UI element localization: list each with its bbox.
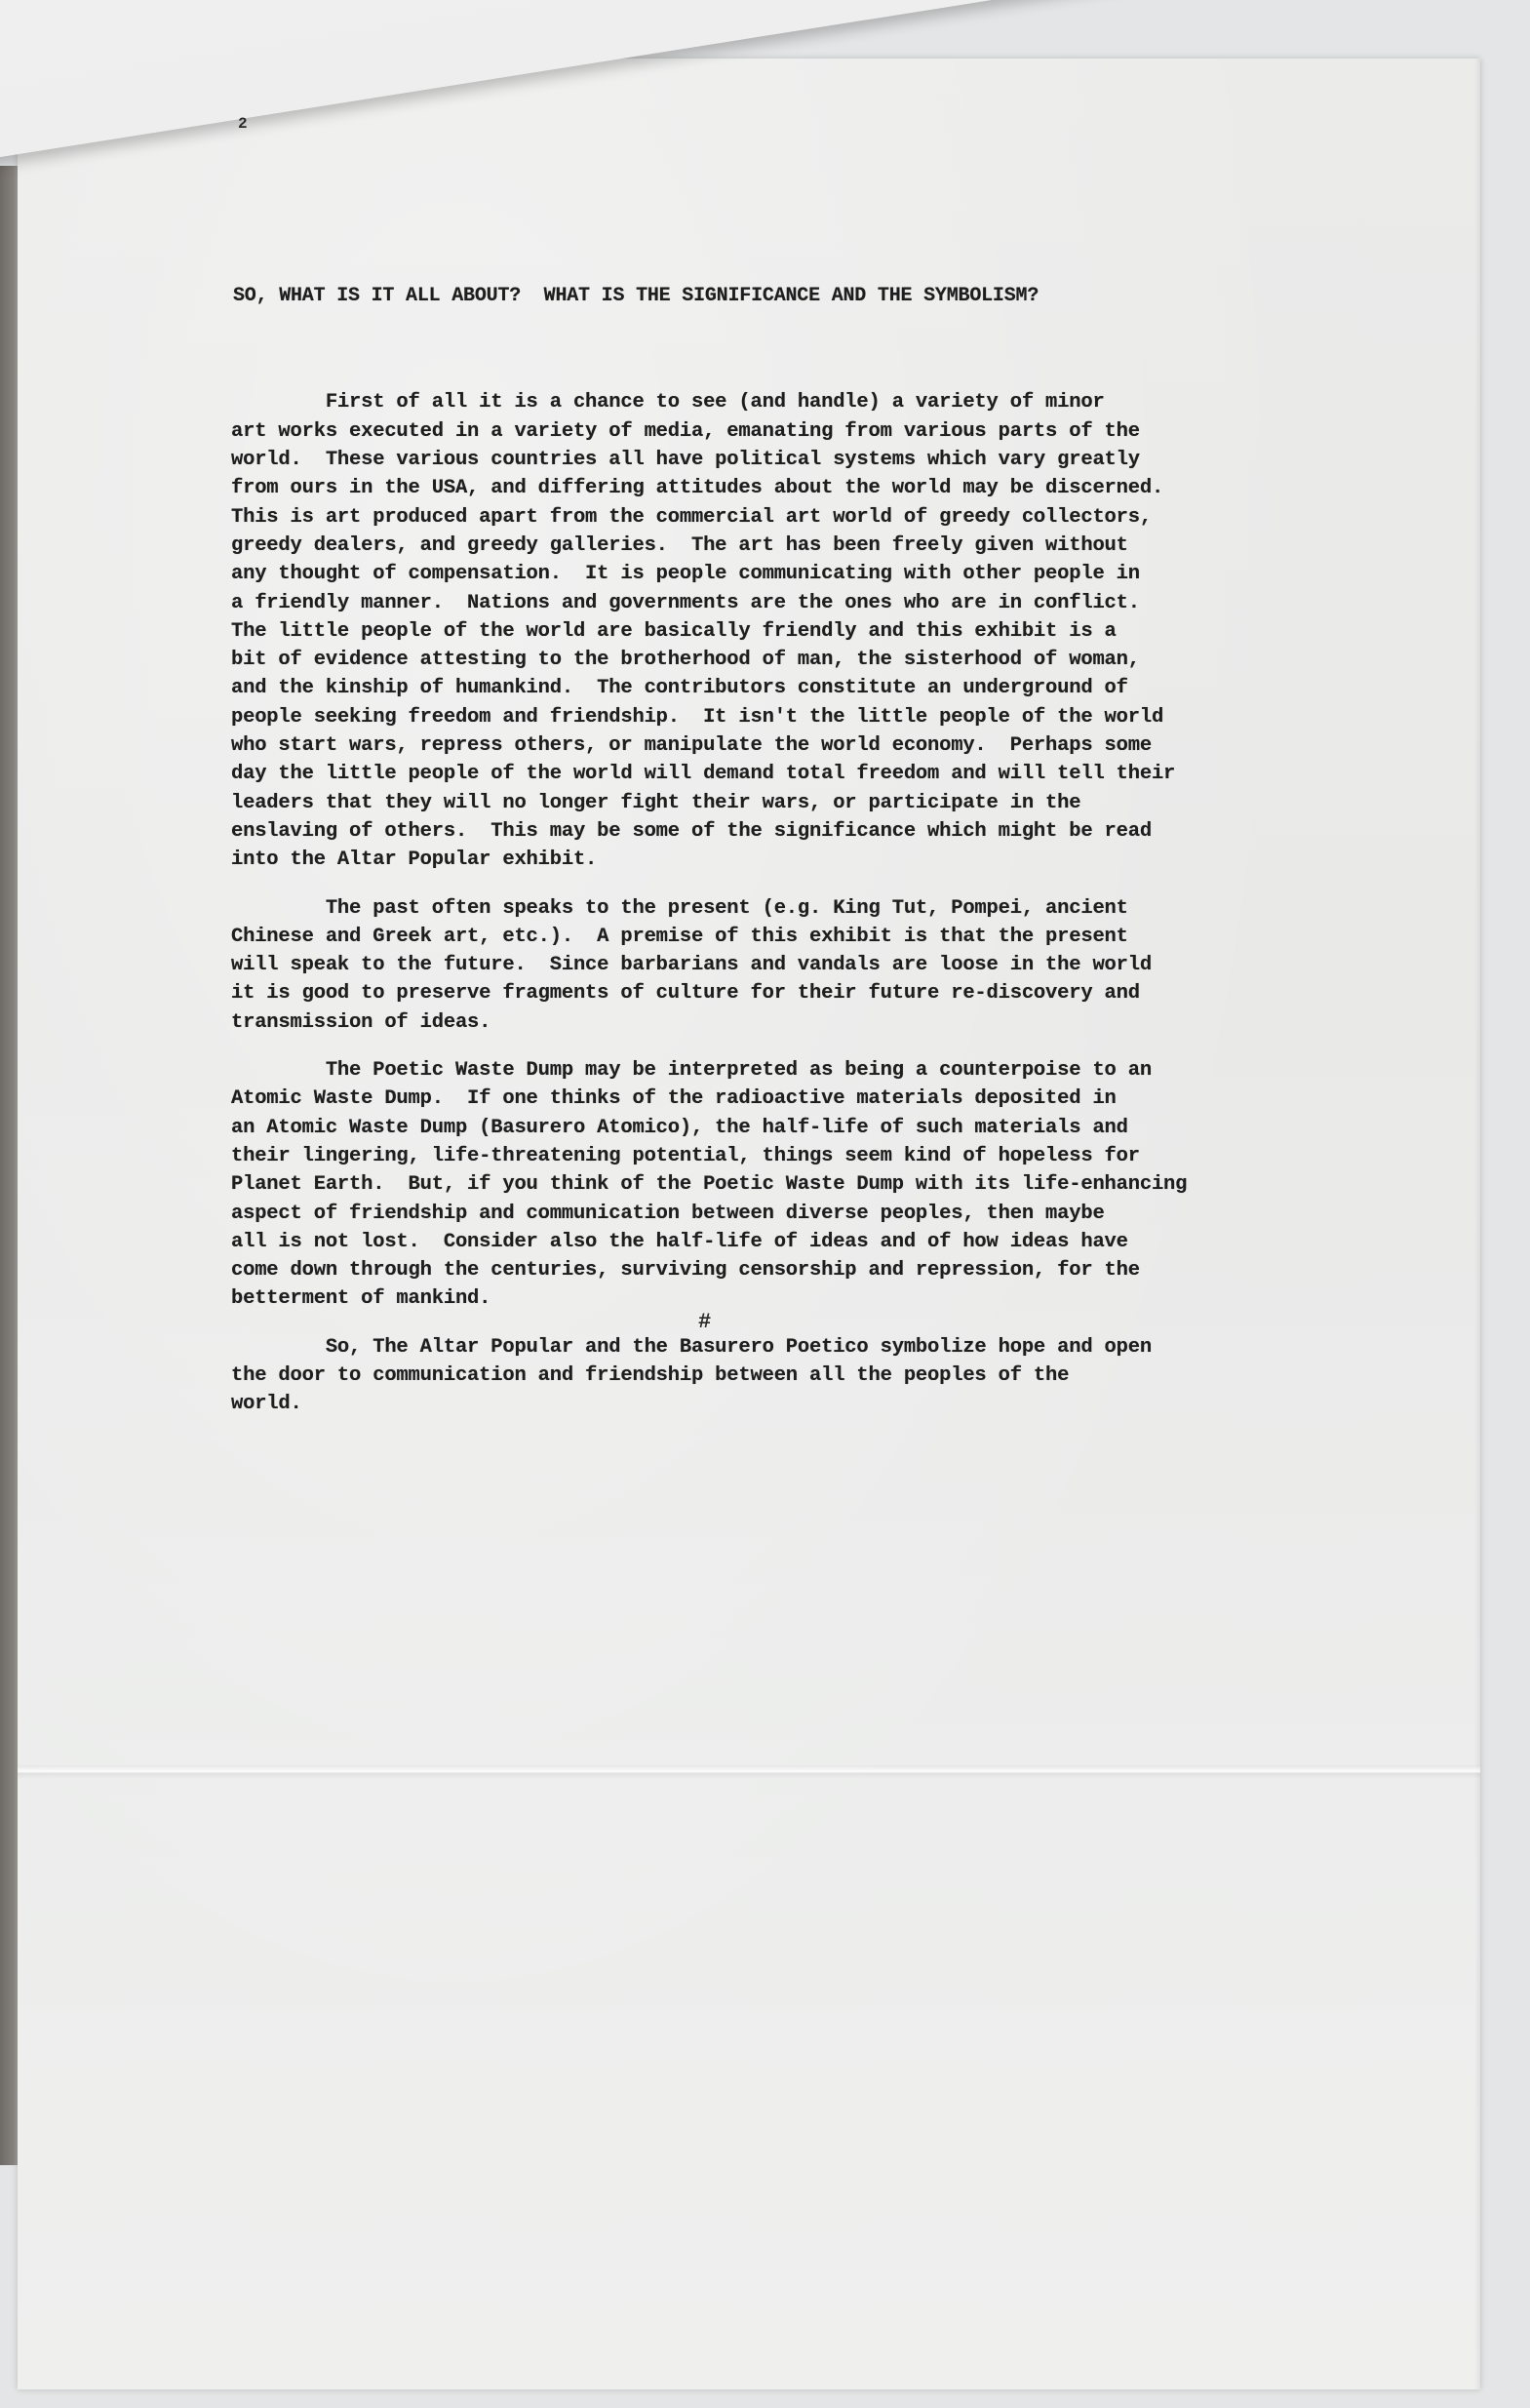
text-line: So, The Altar Popular and the Basurero P… — [231, 1333, 1431, 1362]
text-line: and the kinship of humankind. The contri… — [231, 674, 1431, 702]
text-line: a friendly manner. Nations and governmen… — [231, 589, 1431, 617]
text-line: Planet Earth. But, if you think of the P… — [231, 1170, 1431, 1199]
text-line: world. — [231, 1390, 1431, 1418]
text-line: come down through the centuries, survivi… — [231, 1256, 1431, 1284]
text-line: First of all it is a chance to see (and … — [231, 388, 1431, 416]
text-line: bit of evidence attesting to the brother… — [231, 646, 1431, 674]
text-line: from ours in the USA, and differing atti… — [231, 474, 1431, 502]
end-mark: # — [698, 1310, 711, 1334]
text-line: who start wars, repress others, or manip… — [231, 731, 1431, 760]
paper-fold-line — [18, 1765, 1480, 1779]
text-line: betterment of mankind. — [231, 1284, 1431, 1313]
page-number: 2 — [238, 115, 248, 133]
paragraph: So, The Altar Popular and the Basurero P… — [231, 1333, 1431, 1419]
text-line: art works executed in a variety of media… — [231, 417, 1431, 446]
text-line: day the little people of the world will … — [231, 760, 1431, 788]
body-paragraphs: First of all it is a chance to see (and … — [231, 388, 1431, 1418]
text-line: aspect of friendship and communication b… — [231, 1200, 1431, 1228]
text-line: the door to communication and friendship… — [231, 1362, 1431, 1390]
text-line: an Atomic Waste Dump (Basurero Atomico),… — [231, 1114, 1431, 1142]
text-line: Chinese and Greek art, etc.). A premise … — [231, 923, 1431, 951]
text-line: any thought of compensation. It is peopl… — [231, 560, 1431, 588]
paragraph: First of all it is a chance to see (and … — [231, 388, 1431, 874]
text-line: into the Altar Popular exhibit. — [231, 846, 1431, 874]
paragraph: The past often speaks to the present (e.… — [231, 894, 1431, 1037]
text-line: it is good to preserve fragments of cult… — [231, 979, 1431, 1007]
paragraph: The Poetic Waste Dump may be interpreted… — [231, 1056, 1431, 1314]
text-line: enslaving of others. This may be some of… — [231, 817, 1431, 846]
text-line: This is art produced apart from the comm… — [231, 503, 1431, 532]
text-line: will speak to the future. Since barbaria… — [231, 951, 1431, 979]
section-heading: SO, WHAT IS IT ALL ABOUT? WHAT IS THE SI… — [233, 282, 1431, 310]
text-line: people seeking freedom and friendship. I… — [231, 703, 1431, 731]
text-line: The little people of the world are basic… — [231, 617, 1431, 646]
text-line: their lingering, life-threatening potent… — [231, 1142, 1431, 1170]
text-line: greedy dealers, and greedy galleries. Th… — [231, 532, 1431, 560]
text-line: leaders that they will no longer fight t… — [231, 789, 1431, 817]
text-line: Atomic Waste Dump. If one thinks of the … — [231, 1085, 1431, 1113]
typewritten-text-block: SO, WHAT IS IT ALL ABOUT? WHAT IS THE SI… — [231, 224, 1431, 1467]
text-line: world. These various countries all have … — [231, 446, 1431, 474]
text-line: transmission of ideas. — [231, 1008, 1431, 1037]
text-line: all is not lost. Consider also the half-… — [231, 1228, 1431, 1256]
text-line: The past often speaks to the present (e.… — [231, 894, 1431, 923]
text-line: The Poetic Waste Dump may be interpreted… — [231, 1056, 1431, 1085]
sheet-edge-shadow — [1474, 59, 1480, 2389]
